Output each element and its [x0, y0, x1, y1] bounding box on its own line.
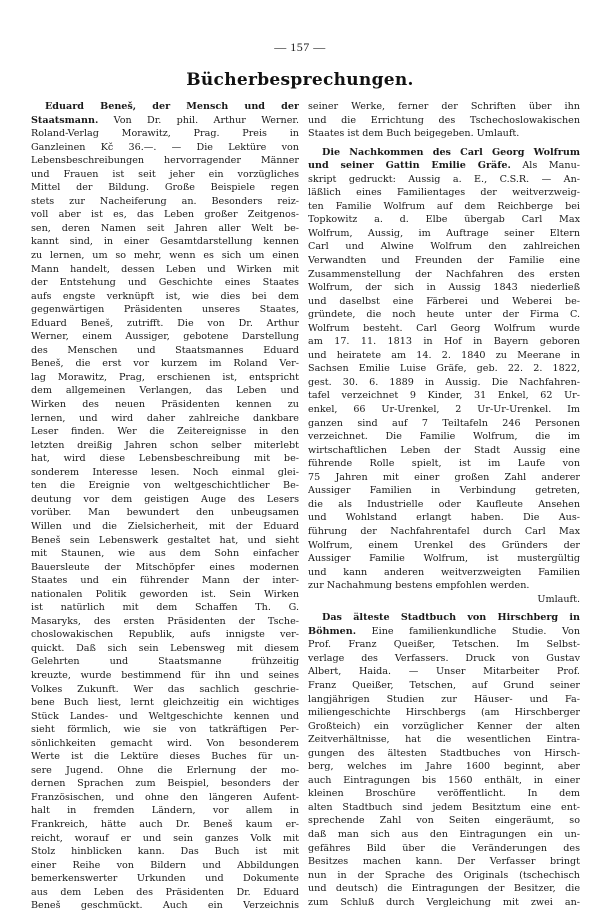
text-segment: gefähres Bild über die Veränderungen des: [308, 843, 580, 854]
text-line: deutung vor dem geistigen Auge des Leser…: [31, 493, 299, 507]
text-line: und seiner Gattin Emilie Gräfe. Als Manu…: [308, 159, 580, 173]
review-hirschberg: Das älteste Stadtbuch von Hirschberg inB…: [308, 611, 580, 909]
text-segment: enkel, 66 Ur-Urenkel, 2 Ur-Ur-Urenkel. I…: [308, 404, 580, 415]
text-line: Beneš geschmückt. Auch ein Verzeichnis: [31, 899, 299, 913]
text-line: Französischen, und ohne den längeren Auf…: [31, 791, 299, 805]
text-segment: verlage des Verfassers. Druck von Gustav: [308, 653, 580, 664]
text-line: Roland-Verlag Morawitz, Prag. Preis in: [31, 127, 299, 141]
text-segment: ganzen sind auf 7 Teiltafeln 246 Persone…: [308, 418, 580, 429]
text-segment: quickt. Daß sich sein Lebensweg mit dies…: [31, 643, 299, 654]
text-line: und kann anderen weitverzweigten Familie…: [308, 566, 580, 580]
text-line: gründete, die noch heute unter der Firma…: [308, 308, 580, 322]
text-line: ten die Ereignie von weltgeschichtlicher…: [31, 479, 299, 493]
text-line: Zeitverhältnisse, hat die wesentlichen E…: [308, 733, 580, 747]
text-segment: Eine familienkundliche Studie. Von: [356, 626, 580, 637]
text-segment: lag Morawitz, Prag, erschienen ist, ents…: [31, 372, 299, 383]
text-line: und Wohlstand erlangt haben. Die Aus-: [308, 511, 580, 525]
text-line: Topkowitz a. d. Elbe übergab Carl Max: [308, 213, 580, 227]
text-segment: sprechende Zahl von Seiten eingeräumt, s…: [308, 815, 580, 826]
text-segment: tafel verzeichnet 9 Kinder, 31 Enkel, 62…: [308, 390, 580, 401]
right-column: seiner Werke, ferner der Schriften über …: [308, 100, 580, 909]
review-title-segment: Staatsmann.: [31, 115, 98, 126]
text-line: Ganzleinen Kč 36.—. — Die Lektüre von: [31, 141, 299, 155]
text-line: Aussiger Familie Wolfrum, ist mustergült…: [308, 552, 580, 566]
text-line: sieht förmlich, wie sie von tatkräftigen…: [31, 723, 299, 737]
text-line: Großteich) ein vorzüglicher Kenner der a…: [308, 720, 580, 734]
text-segment: Carl und Alwine Wolfrum den zahlreichen: [308, 241, 580, 252]
text-line: Prof. Franz Queißer, Tetschen. Im Selbst…: [308, 638, 580, 652]
text-line: Frankreich, hätte auch Dr. Beneš kaum er…: [31, 818, 299, 832]
text-line: sprechende Zahl von Seiten eingeräumt, s…: [308, 814, 580, 828]
text-segment: sonderem Interesse lesen. Noch einmal gl…: [31, 467, 299, 478]
text-line: Staates ist dem Buch beigegeben. Umlauft…: [308, 127, 580, 141]
text-line: kreuzte, wurde bestimmend für ihn und se…: [31, 669, 299, 683]
text-segment: zur Nachahmung bestens empfohlen werden.: [308, 580, 529, 591]
text-line: Gelehrten und Staatsmanne frühzeitig: [31, 655, 299, 669]
text-line: Stück Landes- und Weltgeschichte kennen …: [31, 710, 299, 724]
text-segment: Verwandten und Freunden der Familie eine: [308, 255, 580, 266]
text-segment: und die Errichtung des Tschechoslowakisc…: [308, 115, 580, 126]
text-line: zum Schluß durch Vergleichung mit zwei a…: [308, 896, 580, 910]
text-segment: Mittel der Bildung. Große Beispiele rege…: [31, 182, 299, 193]
text-line: tafel verzeichnet 9 Kinder, 31 Enkel, 62…: [308, 389, 580, 403]
text-line: voll aber ist es, das Leben großer Zeitg…: [31, 208, 299, 222]
text-segment: skript gedruckt: Aussig a. E., C.S.R. — …: [308, 174, 580, 185]
text-segment: Zusammenstellung der Nachfahren des erst…: [308, 269, 580, 280]
text-segment: Als Manu-: [511, 160, 580, 171]
text-line: lag Morawitz, Prag, erschienen ist, ents…: [31, 371, 299, 385]
text-line: der Entstehung und Geschichte eines Staa…: [31, 276, 299, 290]
text-segment: sieht förmlich, wie sie von tatkräftigen…: [31, 724, 299, 735]
text-segment: Ganzleinen Kč 36.—. — Die Lektüre von: [31, 142, 299, 153]
text-segment: zu lernen, um so mehr, wenn es sich um e…: [31, 250, 299, 261]
text-line: Eduard Beneš, zutrifft. Die von Dr. Arth…: [31, 317, 299, 331]
text-line: Albert, Haida. — Unser Mitarbeiter Prof.: [308, 665, 580, 679]
text-segment: Wolfrum, der sich in Aussig 1843 niederl…: [308, 282, 580, 293]
text-segment: Volkes Zukunft. Wer das sachlich geschri…: [31, 684, 299, 695]
text-line: nun in der Sprache des Originals (tschec…: [308, 869, 580, 883]
text-segment: lernen, und wird daher zahlreiche dankba…: [31, 413, 299, 424]
text-segment: kleinen Broschüre veröffentlicht. In dem: [308, 788, 580, 799]
text-line: und deutsch) die Eintragungen der Besitz…: [308, 882, 580, 896]
text-line: Beneš sein Lebenswerk gestaltet hat, und…: [31, 534, 299, 548]
text-line: Wirken des neuen Präsidenten kennen zu: [31, 398, 299, 412]
text-line: stets zur Nacheiferung an. Besonders rei…: [31, 195, 299, 209]
review-title-segment: und seiner Gattin Emilie Gräfe.: [308, 160, 511, 171]
text-line: führende Rolle spielt, ist im Laufe von: [308, 457, 580, 471]
text-segment: und kann anderen weitverzweigten Familie…: [308, 567, 580, 578]
review-wolfrum: Die Nachkommen des Carl Georg Wolfrumund…: [308, 146, 580, 593]
text-segment: gest. 30. 6. 1889 in Aussig. Die Nachfah…: [308, 377, 580, 388]
text-segment: Beneš sein Lebenswerk gestaltet hat, und…: [31, 535, 299, 546]
text-line: seiner Werke, ferner der Schriften über …: [308, 100, 580, 114]
text-line: wirtschaftlichen Leben der Stadt Aussig …: [308, 444, 580, 458]
text-line: Wolfrum, einem Urenkel des Gründers der: [308, 539, 580, 553]
text-segment: Frankreich, hätte auch Dr. Beneš kaum er…: [31, 819, 299, 830]
text-segment: kreuzte, wurde bestimmend für ihn und se…: [31, 670, 299, 681]
text-line: verlage des Verfassers. Druck von Gustav: [308, 652, 580, 666]
text-line: Werner, einem Aussiger, gebotene Darstel…: [31, 330, 299, 344]
text-segment: und Wohlstand erlangt haben. Die Aus-: [308, 512, 580, 523]
text-segment: ten Familie Wolfrum auf dem Reichberge b…: [308, 201, 580, 212]
text-line: Willen und die Zielsicherheit, mit der E…: [31, 520, 299, 534]
text-line: zu lernen, um so mehr, wenn es sich um e…: [31, 249, 299, 263]
page-number: — 157 —: [0, 40, 600, 55]
text-line: 75 Jahren mit einer großen Zahl anderer: [308, 471, 580, 485]
text-segment: hat, wird diese Lebensbeschreibung mit b…: [31, 453, 299, 464]
review-signature: Umlauft.: [308, 593, 580, 607]
text-segment: Stolz hinblicken kann. Das Buch ist mit: [31, 846, 299, 857]
text-line: bene Buch liest, lernt gleichzeitig ein …: [31, 696, 299, 710]
text-line: kannt sind, in einer Gesamtdarstellung k…: [31, 235, 299, 249]
text-segment: aus dem Leben des Präsidenten Dr. Eduard: [31, 887, 299, 898]
text-segment: kannt sind, in einer Gesamtdarstellung k…: [31, 236, 299, 247]
text-segment: Stück Landes- und Weltgeschichte kennen …: [31, 711, 299, 722]
text-segment: nationalen Politik geworden ist. Sein Wi…: [31, 589, 299, 600]
text-line: Eduard Beneš, der Mensch und der: [31, 100, 299, 114]
text-line: Mann handelt, dessen Leben und Wirken mi…: [31, 263, 299, 277]
text-segment: Beneš geschmückt. Auch ein Verzeichnis: [31, 900, 299, 911]
text-segment: Prof. Franz Queißer, Tetschen. Im Selbst…: [308, 639, 580, 650]
text-line: Beneš, die erst vor kurzem im Roland Ver…: [31, 357, 299, 371]
text-segment: Staates ist dem Buch beigegeben. Umlauft…: [308, 128, 519, 139]
text-line: Carl und Alwine Wolfrum den zahlreichen: [308, 240, 580, 254]
text-segment: letzten dreißig Jahren schon selber mite…: [31, 440, 299, 451]
section-title: Bücherbesprechungen.: [0, 70, 600, 90]
text-line: ganzen sind auf 7 Teiltafeln 246 Persone…: [308, 417, 580, 431]
text-line: Mittel der Bildung. Große Beispiele rege…: [31, 181, 299, 195]
text-segment: daß man sich aus den Eintragungen ein un…: [308, 829, 580, 840]
text-line: aus dem Leben des Präsidenten Dr. Eduard: [31, 886, 299, 900]
text-line: miliengeschichte Hirschbergs (am Hirschb…: [308, 706, 580, 720]
text-segment: Sachsen Emilie Luise Gräfe, geb. 22. 2. …: [308, 363, 580, 374]
text-line: gegenwärtigen Präsidenten unseres Staate…: [31, 303, 299, 317]
text-segment: Aussiger Familie Wolfrum, ist mustergült…: [308, 553, 580, 564]
text-segment: ist natürlich mit dem Schaffen Th. G.: [31, 602, 299, 613]
text-segment: vorüber. Man bewundert den unbeugsamen: [31, 507, 299, 518]
text-line: Böhmen. Eine familienkundliche Studie. V…: [308, 625, 580, 639]
text-line: vorüber. Man bewundert den unbeugsamen: [31, 506, 299, 520]
text-segment: reicht, worauf er und sein ganzes Volk m…: [31, 833, 299, 844]
text-segment: Wolfrum, einem Urenkel des Gründers der: [308, 540, 580, 551]
text-line: daß man sich aus den Eintragungen ein un…: [308, 828, 580, 842]
text-segment: nun in der Sprache des Originals (tschec…: [308, 870, 580, 881]
text-segment: Besitzes machen kann. Der Verfasser brin…: [308, 856, 580, 867]
text-segment: alten Stadtbuch sind jedem Besitztum ein…: [308, 802, 580, 813]
text-segment: ten die Ereignie von weltgeschichtlicher…: [31, 480, 299, 491]
text-line: die als Industrielle oder Kaufleute Anse…: [308, 498, 580, 512]
text-segment: Eduard Beneš, zutrifft. Die von Dr. Arth…: [31, 318, 299, 329]
text-segment: dernen Sprachen zum Beispiel, besonders …: [31, 778, 299, 789]
text-segment: aufs engste verknüpft ist, wie dies bei …: [31, 291, 299, 302]
text-segment: auch Eintragungen bis 1560 enthält, in e…: [308, 775, 580, 786]
text-segment: wirtschaftlichen Leben der Stadt Aussig …: [308, 445, 580, 456]
text-segment: sen, deren Namen seit Jahren aller Welt …: [31, 223, 299, 234]
text-segment: Roland-Verlag Morawitz, Prag. Preis in: [31, 128, 299, 139]
text-segment: deutung vor dem geistigen Auge des Leser…: [31, 494, 299, 505]
text-line: Franz Queißer, Tetschen, auf Grund seine…: [308, 679, 580, 693]
text-line: Staates und ein führender Mann der inter…: [31, 574, 299, 588]
text-segment: langjährigen Studien zur Häuser- und Fa-: [308, 694, 580, 705]
text-segment: sere Jugend. Ohne die Erlernung der mo-: [31, 765, 299, 776]
text-line: hat, wird diese Lebensbeschreibung mit b…: [31, 452, 299, 466]
text-line: Werte ist die Lektüre dieses Buches für …: [31, 750, 299, 764]
review-title-segment: Das älteste Stadtbuch von Hirschberg in: [322, 612, 580, 623]
text-segment: einer Reihe von Bildern und Abbildungen: [31, 860, 299, 871]
text-line: und die Errichtung des Tschechoslowakisc…: [308, 114, 580, 128]
text-segment: Bauersleute der Mitschöpfer eines modern…: [31, 562, 299, 573]
text-segment: Willen und die Zielsicherheit, mit der E…: [31, 521, 299, 532]
text-line: bemerkenswerter Urkunden und Dokumente: [31, 872, 299, 886]
text-line: Wolfrum besteht. Carl Georg Wolfrum wurd…: [308, 322, 580, 336]
text-line: Staatsmann. Von Dr. phil. Arthur Werner.: [31, 114, 299, 128]
text-segment: dem allgemeinen Verlangen, das Leben und: [31, 385, 299, 396]
text-line: skript gedruckt: Aussig a. E., C.S.R. — …: [308, 173, 580, 187]
text-line: Zusammenstellung der Nachfahren des erst…: [308, 268, 580, 282]
text-line: Masaryks, des ersten Präsidenten der Tsc…: [31, 615, 299, 629]
text-segment: 75 Jahren mit einer großen Zahl anderer: [308, 472, 580, 483]
text-line: alten Stadtbuch sind jedem Besitztum ein…: [308, 801, 580, 815]
text-segment: Französischen, und ohne den längeren Auf…: [31, 792, 299, 803]
text-line: Stolz hinblicken kann. Das Buch ist mit: [31, 845, 299, 859]
text-segment: miliengeschichte Hirschbergs (am Hirschb…: [308, 707, 580, 718]
text-segment: Gelehrten und Staatsmanne frühzeitig: [31, 656, 299, 667]
text-segment: voll aber ist es, das Leben großer Zeitg…: [31, 209, 299, 220]
text-segment: gungen des ältesten Stadtbuches von Hirs…: [308, 748, 580, 759]
text-segment: choslowakischen Republik, aufs innigste …: [31, 629, 299, 640]
text-line: gest. 30. 6. 1889 in Aussig. Die Nachfah…: [308, 376, 580, 390]
text-segment: und heiratete am 14. 2. 1840 zu Meerane …: [308, 350, 580, 361]
text-segment: Lebensbeschreibungen hervorragender Männ…: [31, 155, 299, 166]
text-line: Wolfrum, der sich in Aussig 1843 niederl…: [308, 281, 580, 295]
text-segment: Großteich) ein vorzüglicher Kenner der a…: [308, 721, 580, 732]
text-segment: Wolfrum, Aussig, im Auftrage seiner Elte…: [308, 228, 580, 239]
text-line: einer Reihe von Bildern und Abbildungen: [31, 859, 299, 873]
text-line: kleinen Broschüre veröffentlicht. In dem: [308, 787, 580, 801]
text-segment: bemerkenswerter Urkunden und Dokumente: [31, 873, 299, 884]
text-line: Volkes Zukunft. Wer das sachlich geschri…: [31, 683, 299, 697]
text-segment: Wirken des neuen Präsidenten kennen zu: [31, 399, 299, 410]
text-segment: läßlich eines Familientages der weitverz…: [308, 187, 580, 198]
text-line: nationalen Politik geworden ist. Sein Wi…: [31, 588, 299, 602]
text-line: Sachsen Emilie Luise Gräfe, geb. 22. 2. …: [308, 362, 580, 376]
text-line: aufs engste verknüpft ist, wie dies bei …: [31, 290, 299, 304]
text-segment: gegenwärtigen Präsidenten unseres Staate…: [31, 304, 299, 315]
text-segment: Leser finden. Wer die Zeitereignisse in …: [31, 426, 299, 437]
text-line: dem allgemeinen Verlangen, das Leben und: [31, 384, 299, 398]
text-line: mit Staunen, wie aus dem Sohn einfacher: [31, 547, 299, 561]
text-segment: bene Buch liest, lernt gleichzeitig ein …: [31, 697, 299, 708]
text-segment: Staates und ein führender Mann der inter…: [31, 575, 299, 586]
text-line: quickt. Daß sich sein Lebensweg mit dies…: [31, 642, 299, 656]
text-line: und Frauen ist seit jeher ein vorzüglich…: [31, 168, 299, 182]
text-segment: Von Dr. phil. Arthur Werner.: [98, 115, 299, 126]
text-line: und heiratete am 14. 2. 1840 zu Meerane …: [308, 349, 580, 363]
text-segment: verzeichnet. Die Familie Wolfrum, die im: [308, 431, 580, 442]
text-line: sonderem Interesse lesen. Noch einmal gl…: [31, 466, 299, 480]
text-line: führung der Nachfahrentafel durch Carl M…: [308, 525, 580, 539]
text-segment: am 17. 11. 1813 in Hof in Bayern geboren: [308, 336, 580, 347]
text-segment: halt in fremden Ländern, vor allem in: [31, 805, 299, 816]
text-segment: die als Industrielle oder Kaufleute Anse…: [308, 499, 580, 510]
text-line: langjährigen Studien zur Häuser- und Fa-: [308, 693, 580, 707]
text-line: Bauersleute der Mitschöpfer eines modern…: [31, 561, 299, 575]
text-line: lernen, und wird daher zahlreiche dankba…: [31, 412, 299, 426]
text-line: ist natürlich mit dem Schaffen Th. G.: [31, 601, 299, 615]
text-segment: Werner, einem Aussiger, gebotene Darstel…: [31, 331, 299, 342]
text-segment: sönlichkeiten gemacht wird. Von besonder…: [31, 738, 299, 749]
text-line: enkel, 66 Ur-Urenkel, 2 Ur-Ur-Urenkel. I…: [308, 403, 580, 417]
text-segment: gründete, die noch heute unter der Firma…: [308, 309, 580, 320]
text-segment: Aussiger Familien in Verbindung getreten…: [308, 485, 580, 496]
text-line: sönlichkeiten gemacht wird. Von besonder…: [31, 737, 299, 751]
text-line: am 17. 11. 1813 in Hof in Bayern geboren: [308, 335, 580, 349]
text-segment: stets zur Nacheiferung an. Besonders rei…: [31, 196, 299, 207]
text-segment: mit Staunen, wie aus dem Sohn einfacher: [31, 548, 299, 559]
text-line: gefähres Bild über die Veränderungen des: [308, 842, 580, 856]
text-segment: Albert, Haida. — Unser Mitarbeiter Prof.: [308, 666, 580, 677]
text-line: verzeichnet. Die Familie Wolfrum, die im: [308, 430, 580, 444]
text-segment: Beneš, die erst vor kurzem im Roland Ver…: [31, 358, 299, 369]
text-segment: führung der Nachfahrentafel durch Carl M…: [308, 526, 580, 537]
text-segment: Topkowitz a. d. Elbe übergab Carl Max: [308, 214, 580, 225]
text-line: Aussiger Familien in Verbindung getreten…: [308, 484, 580, 498]
text-line: Das älteste Stadtbuch von Hirschberg in: [308, 611, 580, 625]
review-title-segment: Eduard Beneš, der Mensch und der: [45, 101, 299, 112]
text-line: ten Familie Wolfrum auf dem Reichberge b…: [308, 200, 580, 214]
text-segment: des Menschen und Staatsmannes Eduard: [31, 345, 299, 356]
text-segment: Mann handelt, dessen Leben und Wirken mi…: [31, 264, 299, 275]
text-segment: Zeitverhältnisse, hat die wesentlichen E…: [308, 734, 580, 745]
text-line: gungen des ältesten Stadtbuches von Hirs…: [308, 747, 580, 761]
review-benes-continuation: seiner Werke, ferner der Schriften über …: [308, 100, 580, 141]
text-line: berg, welches im Jahre 1600 beginnt, abe…: [308, 760, 580, 774]
review-title-segment: Böhmen.: [308, 626, 356, 637]
text-segment: seiner Werke, ferner der Schriften über …: [308, 101, 580, 112]
text-segment: und Frauen ist seit jeher ein vorzüglich…: [31, 169, 299, 180]
text-line: Leser finden. Wer die Zeitereignisse in …: [31, 425, 299, 439]
text-segment: der Entstehung und Geschichte eines Staa…: [31, 277, 299, 288]
text-segment: Franz Queißer, Tetschen, auf Grund seine…: [308, 680, 580, 691]
text-line: auch Eintragungen bis 1560 enthält, in e…: [308, 774, 580, 788]
text-line: sere Jugend. Ohne die Erlernung der mo-: [31, 764, 299, 778]
text-line: Die Nachkommen des Carl Georg Wolfrum: [308, 146, 580, 160]
text-segment: und daselbst eine Färberei und Weberei b…: [308, 296, 580, 307]
text-line: Wolfrum, Aussig, im Auftrage seiner Elte…: [308, 227, 580, 241]
text-line: zur Nachahmung bestens empfohlen werden.: [308, 579, 580, 593]
text-line: reicht, worauf er und sein ganzes Volk m…: [31, 832, 299, 846]
text-line: letzten dreißig Jahren schon selber mite…: [31, 439, 299, 453]
text-segment: berg, welches im Jahre 1600 beginnt, abe…: [308, 761, 580, 772]
text-segment: führende Rolle spielt, ist im Laufe von: [308, 458, 580, 469]
text-segment: und deutsch) die Eintragungen der Besitz…: [308, 883, 580, 894]
text-line: halt in fremden Ländern, vor allem in: [31, 804, 299, 818]
text-segment: zum Schluß durch Vergleichung mit zwei a…: [308, 897, 580, 908]
text-line: Verwandten und Freunden der Familie eine: [308, 254, 580, 268]
text-line: Lebensbeschreibungen hervorragender Männ…: [31, 154, 299, 168]
text-line: sen, deren Namen seit Jahren aller Welt …: [31, 222, 299, 236]
text-line: Besitzes machen kann. Der Verfasser brin…: [308, 855, 580, 869]
text-segment: Werte ist die Lektüre dieses Buches für …: [31, 751, 299, 762]
left-column: Eduard Beneš, der Mensch und derStaatsma…: [31, 100, 299, 913]
text-segment: Masaryks, des ersten Präsidenten der Tsc…: [31, 616, 299, 627]
text-segment: Wolfrum besteht. Carl Georg Wolfrum wurd…: [308, 323, 580, 334]
review-title-segment: Die Nachkommen des Carl Georg Wolfrum: [322, 147, 580, 158]
text-line: läßlich eines Familientages der weitverz…: [308, 186, 580, 200]
text-line: dernen Sprachen zum Beispiel, besonders …: [31, 777, 299, 791]
text-line: und daselbst eine Färberei und Weberei b…: [308, 295, 580, 309]
text-line: des Menschen und Staatsmannes Eduard: [31, 344, 299, 358]
text-line: choslowakischen Republik, aufs innigste …: [31, 628, 299, 642]
review-benes: Eduard Beneš, der Mensch und derStaatsma…: [31, 100, 299, 913]
